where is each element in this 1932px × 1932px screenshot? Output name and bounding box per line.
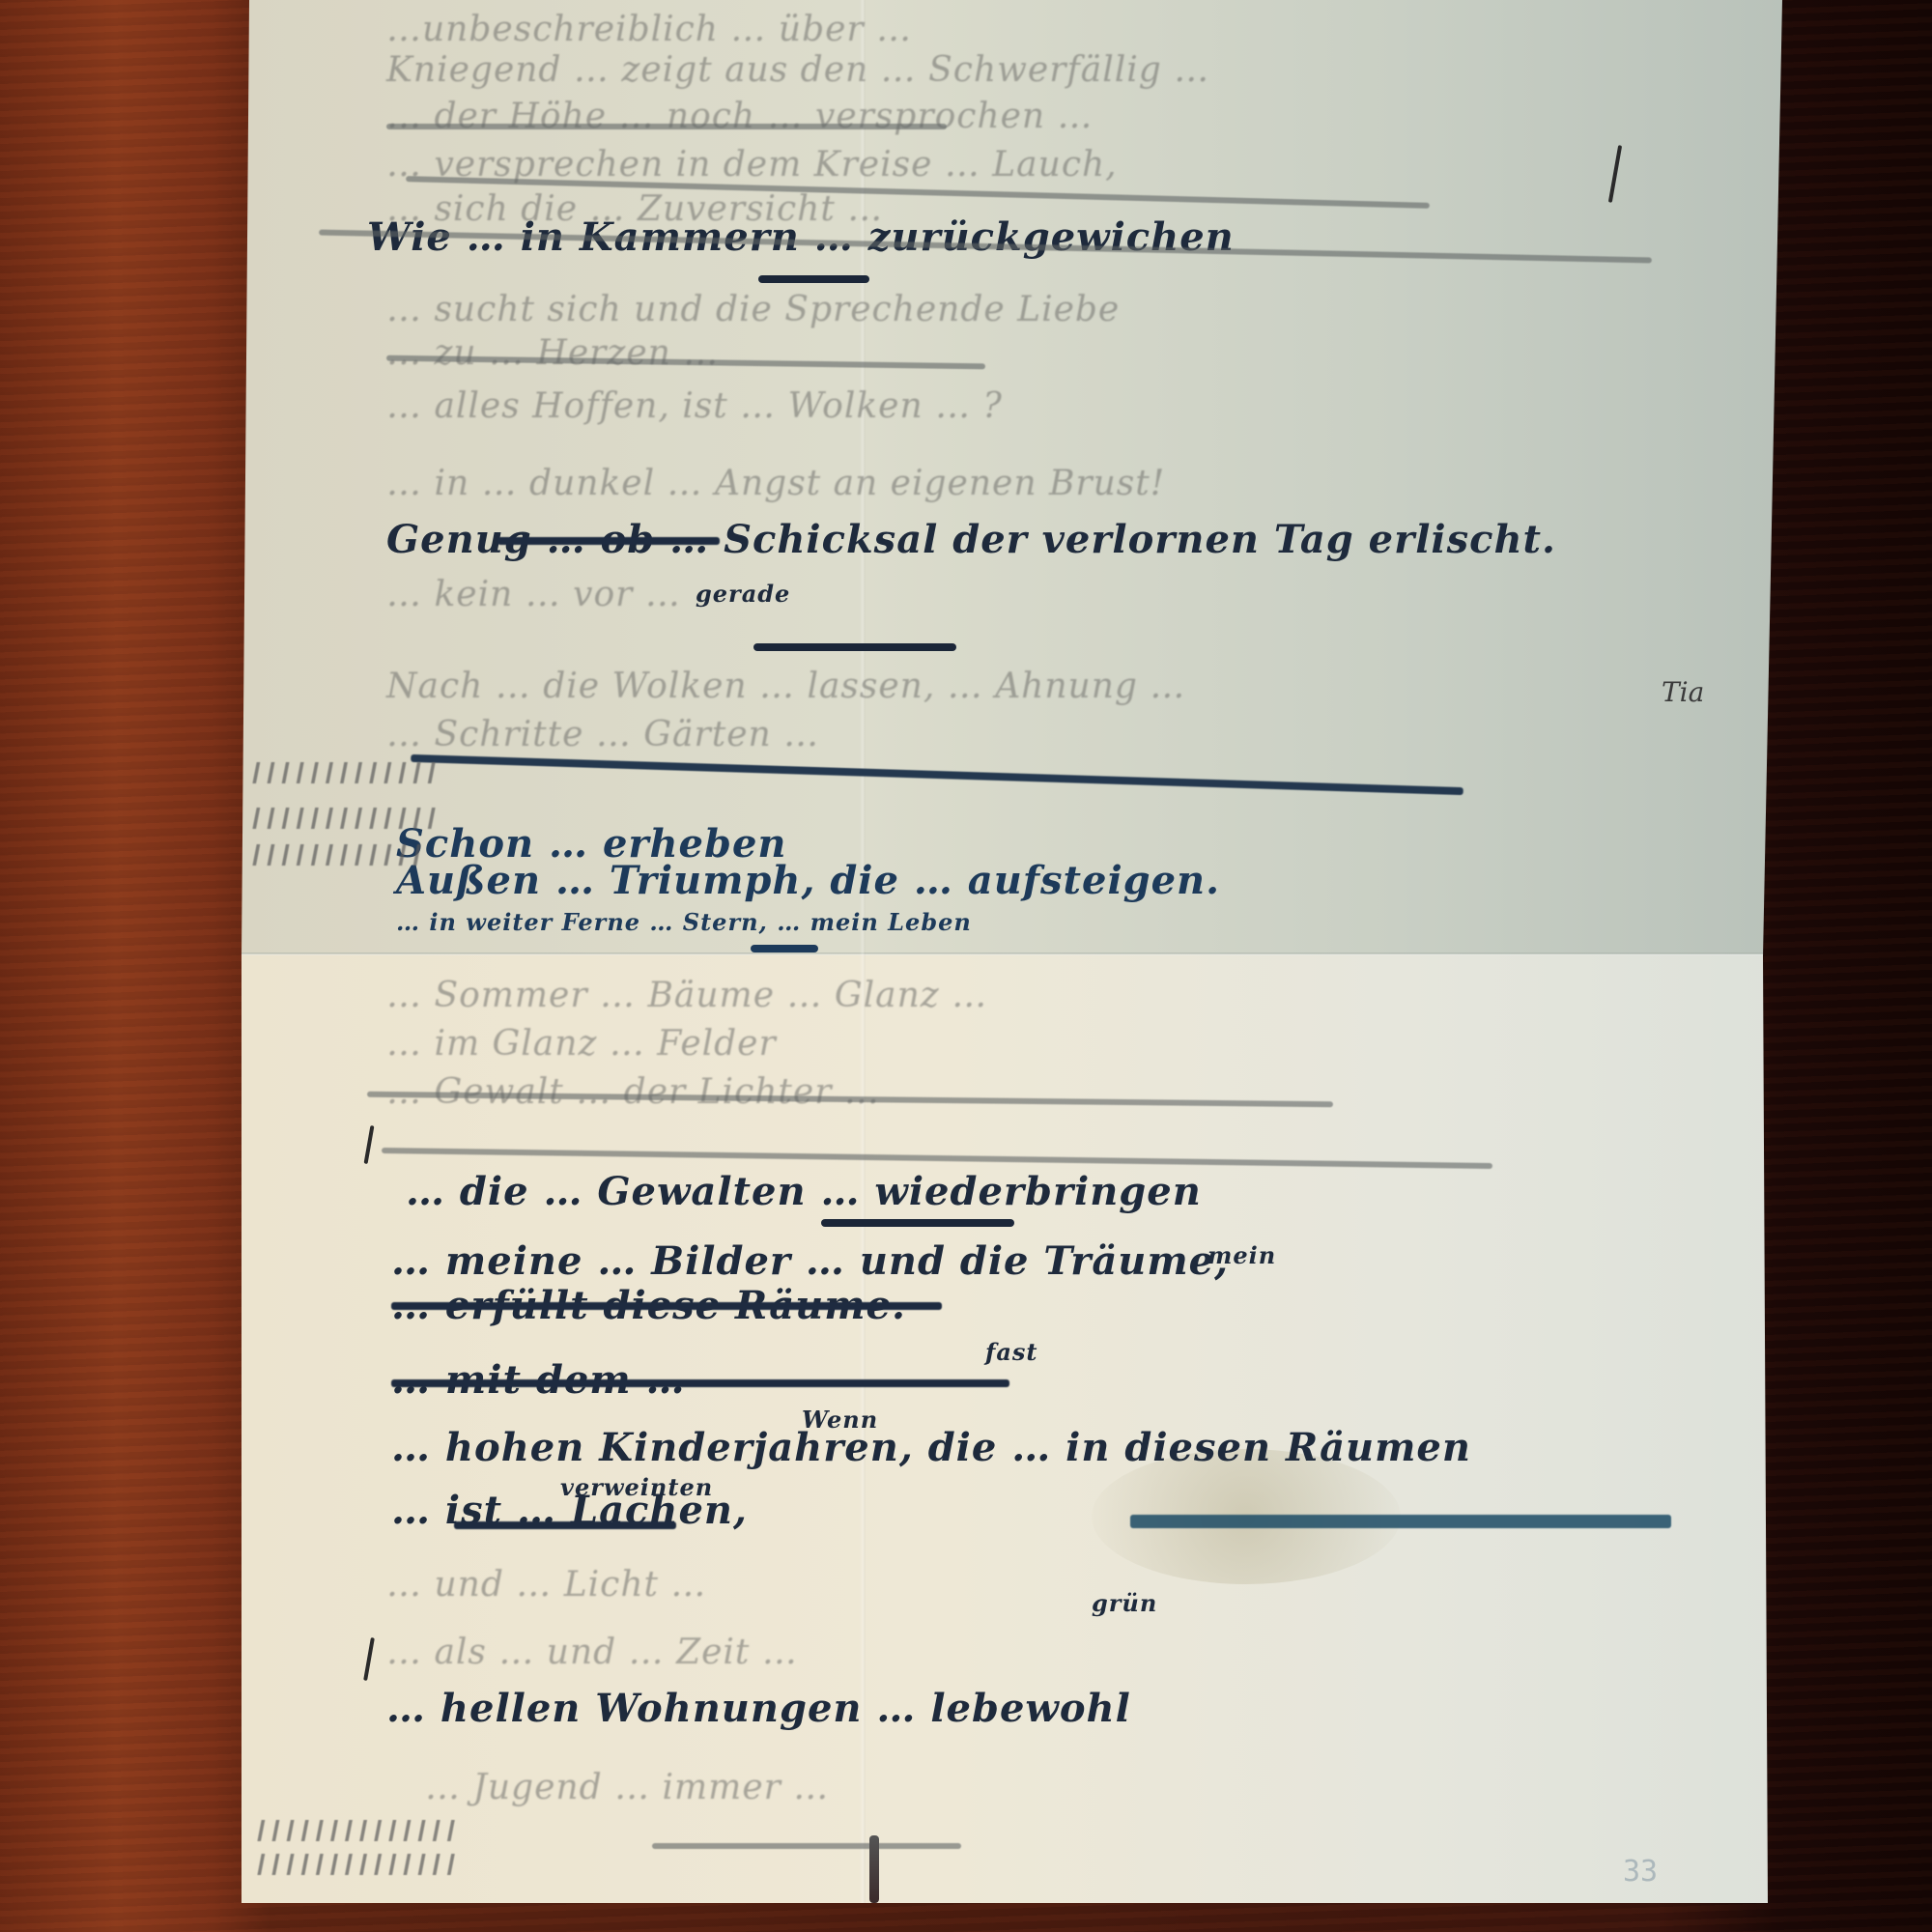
interlinear-insertion: mein xyxy=(1207,1241,1276,1269)
ink-underline xyxy=(821,1219,1014,1227)
manuscript-line: Kniegend … zeigt aus den … Schwerfällig … xyxy=(386,50,1209,90)
strikethrough xyxy=(497,537,720,545)
manuscript-line: … kein … vor … xyxy=(386,575,681,614)
page-number: 33 xyxy=(1623,1855,1658,1889)
manuscript-sheet: …unbeschreiblich … über … Kniegend … zei… xyxy=(241,0,1782,1903)
manuscript-line-ink: … meine … Bilder … und die Träume, xyxy=(391,1238,1229,1284)
manuscript-line: …unbeschreiblich … über … xyxy=(386,10,912,49)
manuscript-line-ink: … hohen Kinderjahren, die … in diesen Rä… xyxy=(391,1425,1471,1470)
manuscript-line: … in … dunkel … Angst an eigenen Brust! xyxy=(386,464,1165,503)
manuscript-line: … als … und … Zeit … xyxy=(386,1633,798,1672)
tally-marks: ıııııııııııı xyxy=(251,831,426,875)
margin-note: Tia xyxy=(1662,676,1704,708)
manuscript-line: … alles Hoffen, ist … Wolken … ? xyxy=(386,386,1003,426)
strikethrough xyxy=(386,124,947,129)
horizontal-fold-line xyxy=(241,952,1782,955)
tally-marks: ıııııııııııııı xyxy=(256,1840,461,1885)
manuscript-line-ink: Außen … Triumph, die … aufsteigen. xyxy=(396,858,1220,903)
manuscript-line-ink: … die … Gewalten … wiederbringen xyxy=(406,1169,1202,1214)
interlinear-insertion: Wenn xyxy=(802,1406,878,1434)
ink-blot-mark xyxy=(869,1835,879,1903)
strikethrough xyxy=(391,1379,1009,1387)
vertical-crease xyxy=(860,0,866,1903)
manuscript-line-ink: … in weiter Ferne … Stern, … mein Leben xyxy=(396,908,972,936)
manuscript-line: … Schritte … Gärten … xyxy=(386,715,819,754)
interlinear-insertion: grün xyxy=(1092,1589,1157,1617)
ink-underline xyxy=(753,643,956,651)
interlinear-insertion: gerade xyxy=(696,580,790,608)
interlinear-insertion: fast xyxy=(985,1338,1037,1366)
manuscript-line: … und … Licht … xyxy=(386,1565,706,1605)
manuscript-line: … im Glanz … Felder xyxy=(386,1024,777,1064)
manuscript-line: … Sommer … Bäume … Glanz … xyxy=(386,976,987,1015)
manuscript-line: … Jugend … immer … xyxy=(425,1768,829,1807)
interlinear-insertion: verweinten xyxy=(560,1473,713,1501)
manuscript-line: … der Höhe … noch … versprochen … xyxy=(386,97,1094,136)
manuscript-line: Nach … die Wolken … lassen, … Ahnung … xyxy=(386,667,1185,706)
strikethrough xyxy=(1130,1515,1671,1528)
strikethrough xyxy=(391,1302,942,1310)
manuscript-line: … sucht sich und die Sprechende Liebe xyxy=(386,290,1120,329)
tally-marks: ııııııııııııı xyxy=(251,749,440,793)
ink-underline xyxy=(751,945,818,952)
manuscript-line: … zu … Herzen … xyxy=(386,333,719,373)
strikethrough xyxy=(652,1843,961,1849)
ink-underline xyxy=(758,275,869,283)
strikethrough xyxy=(454,1521,676,1529)
manuscript-line-ink: … hellen Wohnungen … lebewohl xyxy=(386,1686,1131,1731)
